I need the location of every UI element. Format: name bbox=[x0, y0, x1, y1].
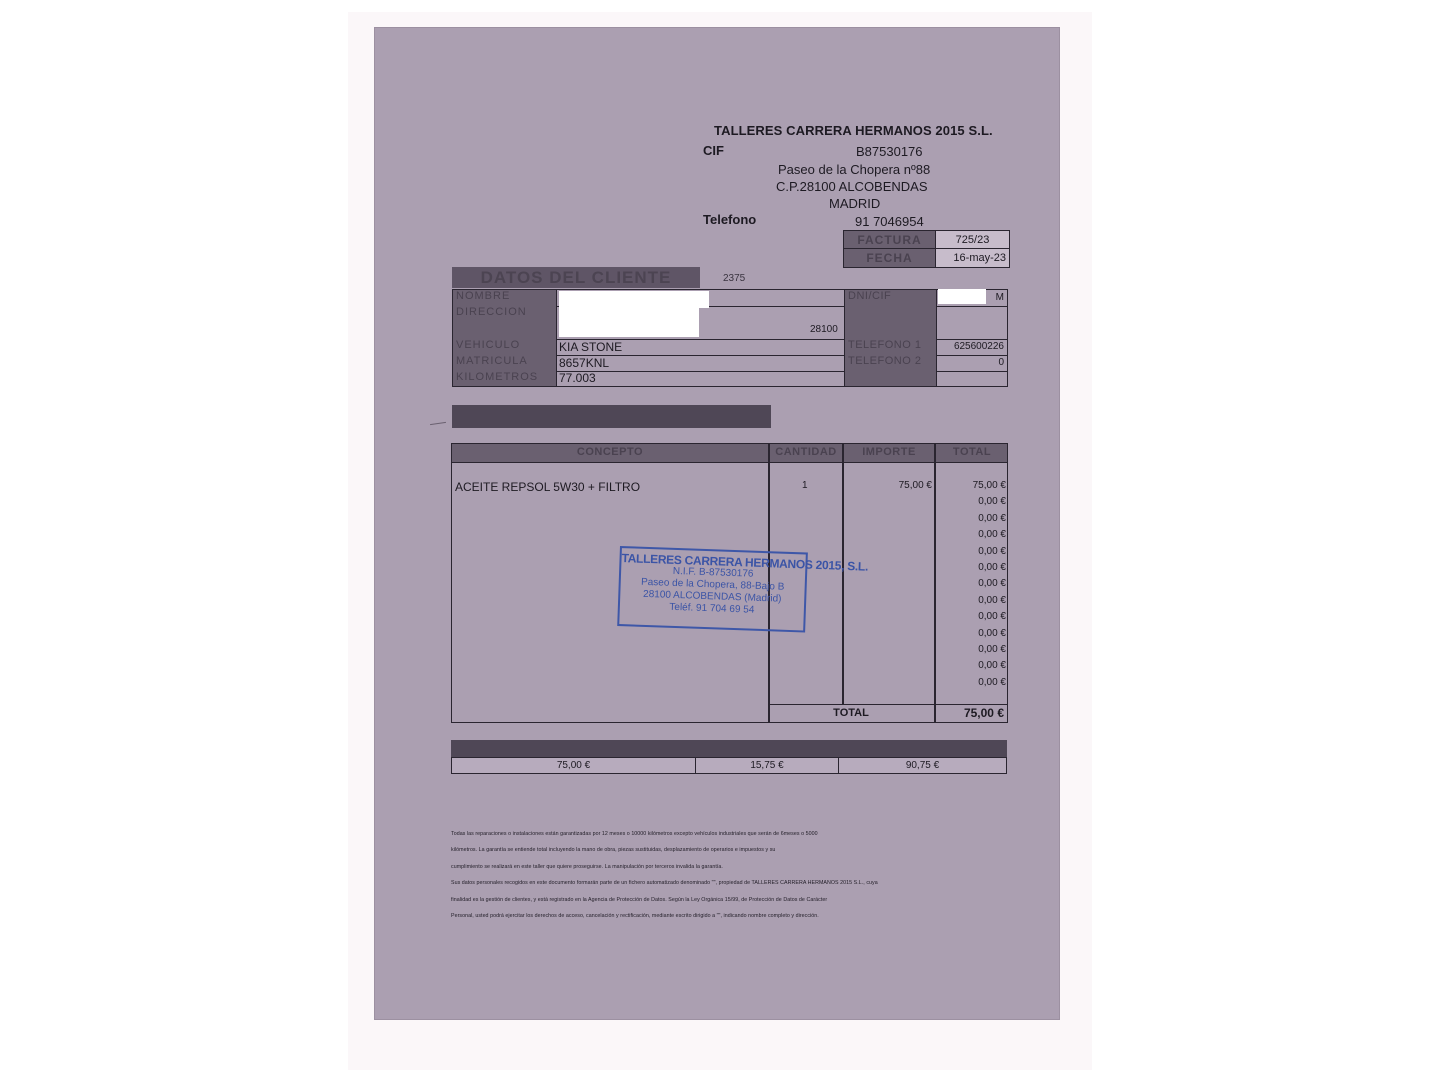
header-concepto: CONCEPTO bbox=[452, 446, 768, 458]
legal-line: Sus datos personales recogidos en este d… bbox=[451, 875, 971, 891]
line-total: 0,00 € bbox=[936, 658, 1006, 674]
item-cantidad: 1 bbox=[802, 480, 808, 491]
line-total: 0,00 € bbox=[936, 642, 1006, 658]
legal-disclaimer: Todas las reparaciones o instalaciones e… bbox=[451, 826, 971, 924]
legal-line: kilómetros. La garantía se entiende tota… bbox=[451, 842, 971, 858]
phone-label: Telefono bbox=[703, 212, 756, 227]
items-table-header: CONCEPTO CANTIDAD IMPORTE TOTAL bbox=[452, 444, 1007, 463]
redaction-direccion bbox=[559, 307, 699, 337]
line-total: 0,00 € bbox=[936, 494, 1006, 510]
summary-row: 75,00 € 15,75 € 90,75 € bbox=[451, 757, 1007, 774]
summary-base: 75,00 € bbox=[452, 758, 696, 773]
company-address-province: MADRID bbox=[829, 196, 880, 211]
line-total: 0,00 € bbox=[936, 609, 1006, 625]
cif-label: CIF bbox=[703, 143, 724, 158]
redaction-dni bbox=[938, 289, 986, 304]
line-total: 0,00 € bbox=[936, 675, 1006, 691]
items-total-value: 75,00 € bbox=[964, 706, 1004, 720]
items-total-label: TOTAL bbox=[768, 707, 934, 719]
line-total: 0,00 € bbox=[936, 544, 1006, 560]
header-total: TOTAL bbox=[936, 446, 1008, 458]
invoice-date: 16-may-23 bbox=[936, 249, 1009, 267]
kilometros-label: KILOMETROS bbox=[453, 371, 557, 386]
vehiculo-label: VEHICULO bbox=[453, 339, 557, 355]
blank-label-cell bbox=[844, 306, 937, 339]
phone-value: 91 7046954 bbox=[855, 214, 924, 229]
section-divider-bar bbox=[452, 405, 771, 428]
invoice-date-label: FECHA bbox=[844, 249, 936, 267]
legal-line: Personal, usted podrá ejercitar los dere… bbox=[451, 908, 971, 924]
line-totals-column: 75,00 €0,00 €0,00 €0,00 €0,00 €0,00 €0,0… bbox=[936, 478, 1006, 691]
telefono1-value: 625600226 bbox=[937, 341, 1007, 352]
redaction-nombre bbox=[559, 291, 709, 308]
items-total-row: TOTAL 75,00 € bbox=[768, 704, 1007, 722]
legal-line: cumplimiento se realizará en este taller… bbox=[451, 859, 971, 875]
legal-line: Todas las reparaciones o instalaciones e… bbox=[451, 826, 971, 842]
telefono2-value: 0 bbox=[937, 357, 1007, 368]
line-total: 0,00 € bbox=[936, 527, 1006, 543]
company-stamp: TALLERES CARRERA HERMANOS 2015, S.L. N.I… bbox=[617, 546, 808, 633]
client-section-title: DATOS DEL CLIENTE bbox=[452, 267, 700, 288]
summary-header-bar bbox=[451, 740, 1007, 757]
summary-total: 90,75 € bbox=[839, 758, 1006, 773]
invoice-info-box: FACTURA 725/23 FECHA 16-may-23 bbox=[843, 230, 1010, 268]
matricula-label: MATRICULA bbox=[453, 355, 557, 371]
company-address-city: C.P.28100 ALCOBENDAS bbox=[776, 179, 928, 194]
header-importe: IMPORTE bbox=[844, 446, 934, 458]
telefono1-label: TELEFONO 1 bbox=[844, 339, 937, 355]
client-row-direccion: DIRECCION 28100 bbox=[453, 306, 1007, 340]
matricula-value: 8657KNL bbox=[559, 356, 609, 370]
dni-label: DNI/CIF bbox=[844, 290, 937, 306]
telefono2-label: TELEFONO 2 bbox=[844, 355, 937, 371]
summary-iva: 15,75 € bbox=[696, 758, 839, 773]
cif-value: B87530176 bbox=[856, 144, 923, 159]
company-address-street: Paseo de la Chopera nº88 bbox=[778, 162, 930, 177]
vehiculo-value: KIA STONE bbox=[559, 340, 622, 354]
legal-line: finalidad es la gestión de clientes, y e… bbox=[451, 892, 971, 908]
client-row-kilometros: KILOMETROS 77.003 bbox=[453, 371, 1007, 386]
line-total: 0,00 € bbox=[936, 593, 1006, 609]
nombre-label: NOMBRE bbox=[453, 290, 557, 306]
client-row-nombre: NOMBRE DNI/CIF M bbox=[453, 290, 1007, 307]
line-total: 0,00 € bbox=[936, 560, 1006, 576]
item-concepto: ACEITE REPSOL 5W30 + FILTRO bbox=[455, 480, 640, 494]
invoice-number-label: FACTURA bbox=[844, 231, 936, 249]
line-total: 0,00 € bbox=[936, 576, 1006, 592]
client-row-vehiculo: VEHICULO KIA STONE TELEFONO 1 625600226 bbox=[453, 339, 1007, 356]
line-total: 75,00 € bbox=[936, 478, 1006, 494]
line-total: 0,00 € bbox=[936, 626, 1006, 642]
header-cantidad: CANTIDAD bbox=[770, 446, 842, 458]
client-data-grid: NOMBRE DNI/CIF M DIRECCION 28100 VEHICUL… bbox=[452, 289, 1008, 387]
client-row-matricula: MATRICULA 8657KNL TELEFONO 2 0 bbox=[453, 355, 1007, 372]
company-name: TALLERES CARRERA HERMANOS 2015 S.L. bbox=[714, 123, 993, 138]
blank-label-cell bbox=[844, 371, 937, 386]
client-number: 2375 bbox=[723, 273, 745, 284]
postal-code: 28100 bbox=[810, 324, 838, 335]
direccion-label: DIRECCION bbox=[453, 306, 557, 339]
kilometros-value: 77.003 bbox=[559, 371, 596, 385]
line-total: 0,00 € bbox=[936, 511, 1006, 527]
invoice-number: 725/23 bbox=[936, 231, 1009, 249]
item-importe: 75,00 € bbox=[844, 480, 932, 491]
